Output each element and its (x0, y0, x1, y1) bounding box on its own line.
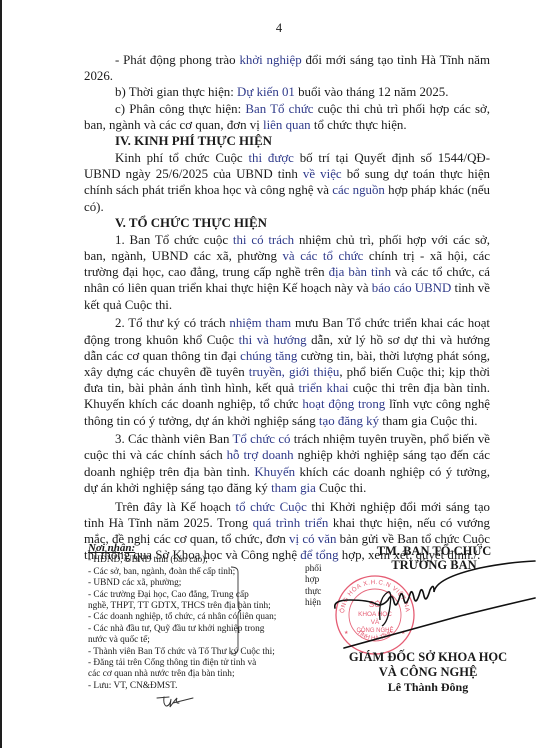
heading-implementation: V. TỔ CHỨC THỰC HIỆN (84, 215, 490, 232)
highlighted-text: Ban Tổ chức (245, 102, 313, 116)
highlighted-text: hoạt động trong (302, 397, 385, 411)
recipient-item: nghề, THPT, TT GDTX, THCS trên địa bàn t… (88, 601, 328, 612)
document-page: 4 - Phát động phong trào khởi nghiệp đổi… (0, 0, 538, 748)
recipient-item: - Lưu: VT, CN&ĐMST. (88, 681, 328, 692)
page-number: 4 (0, 21, 538, 36)
highlighted-text: các nguồn (332, 183, 385, 197)
highlighted-text: thi được (248, 151, 293, 165)
handwritten-signature-icon (330, 560, 538, 650)
highlighted-text: thi và hướng (239, 333, 307, 347)
signature-behalf: TM. BAN TỔ CHỨC (300, 544, 538, 558)
highlighted-text: địa bàn tỉnh (329, 265, 391, 279)
highlighted-text: tham gia (271, 481, 316, 495)
paragraph-time: b) Thời gian thực hiện: Dự kiến 01 buổi … (84, 84, 490, 100)
highlighted-text: thi có trách (233, 233, 294, 247)
highlighted-text: Khuyến (254, 465, 295, 479)
recipient-item: - Các doanh nghiệp, tổ chức, cá nhân có … (88, 612, 328, 623)
signer-title-1: GIÁM ĐỐC SỞ KHOA HỌC (318, 650, 538, 665)
paragraph-item-1: 1. Ban Tổ chức cuộc thi có trách nhiệm c… (84, 232, 490, 313)
brace-icon (230, 566, 242, 655)
heading-budget: IV. KINH PHÍ THỰC HIỆN (84, 133, 490, 150)
highlighted-text: chúng tăng (240, 349, 297, 363)
recipient-item: - Đăng tải trên Cổng thông tin điện tử t… (88, 658, 328, 669)
highlighted-text: khởi nghiệp (239, 53, 301, 67)
highlighted-text: về việc (303, 167, 342, 181)
paragraph-item-3: 3. Các thành viên Ban Tổ chức có trách n… (84, 431, 490, 496)
recipient-item: - HĐND, UBND tỉnh (báo cáo); (88, 555, 328, 566)
highlighted-text: nhiệm tham (229, 316, 291, 330)
recipient-item: - Các nhà đầu tư, Quỹ đầu tư khởi nghiệp… (88, 624, 328, 635)
highlighted-text: Dự kiến 01 (237, 85, 295, 99)
paragraph-budget: Kinh phí tổ chức Cuộc thi được bố trí tạ… (84, 150, 490, 215)
highlighted-text: liên quan (263, 118, 311, 132)
highlighted-text: tổ chức Cuộc (236, 500, 307, 514)
recipient-item: - Thành viên Ban Tổ chức và Tổ Thư ký Cu… (88, 647, 328, 658)
signer-title-2: VÀ CÔNG NGHỆ (318, 665, 538, 680)
recipient-item: nước và quốc tế; (88, 635, 328, 646)
recipients-list: Nơi nhận: - HĐND, UBND tỉnh (báo cáo);- … (88, 543, 328, 692)
highlighted-text: tạo đăng ký (319, 414, 379, 428)
paragraph-campaign: - Phát động phong trào khởi nghiệp đổi m… (84, 52, 490, 84)
recipient-item: - UBND các xã, phường; (88, 578, 328, 589)
recipients-title: Nơi nhận: (88, 543, 328, 554)
recipient-item: - Các sở, ban, ngành, đoàn thể cấp tỉnh; (88, 567, 328, 578)
highlighted-text: truyền, giới thiệu (249, 365, 340, 379)
signer-name: Lê Thành Đông (318, 680, 538, 695)
paragraph-assignment: c) Phân công thực hiện: Ban Tổ chức cuộc… (84, 101, 490, 133)
highlighted-text: báo cáo UBND (372, 281, 452, 295)
signer-block: GIÁM ĐỐC SỞ KHOA HỌC VÀ CÔNG NGHỆ Lê Thà… (318, 650, 538, 695)
highlighted-text: Tổ chức có (233, 432, 291, 446)
paragraph-item-2: 2. Tổ thư ký có trách nhiệm tham mưu Ban… (84, 315, 490, 428)
highlighted-text: hỗ trợ doanh (227, 448, 294, 462)
document-body: - Phát động phong trào khởi nghiệp đổi m… (84, 52, 490, 563)
highlighted-text: triển khai (299, 381, 349, 395)
highlighted-text: và các tổ chức (282, 249, 363, 263)
recipient-item: các cơ quan nhà nước trên địa bàn tỉnh; (88, 669, 328, 680)
highlighted-text: quá trình triển (253, 516, 329, 530)
initials-signature-icon (155, 694, 195, 710)
recipient-item: - Các trường Đại học, Cao đẳng, Trung cấ… (88, 590, 328, 601)
